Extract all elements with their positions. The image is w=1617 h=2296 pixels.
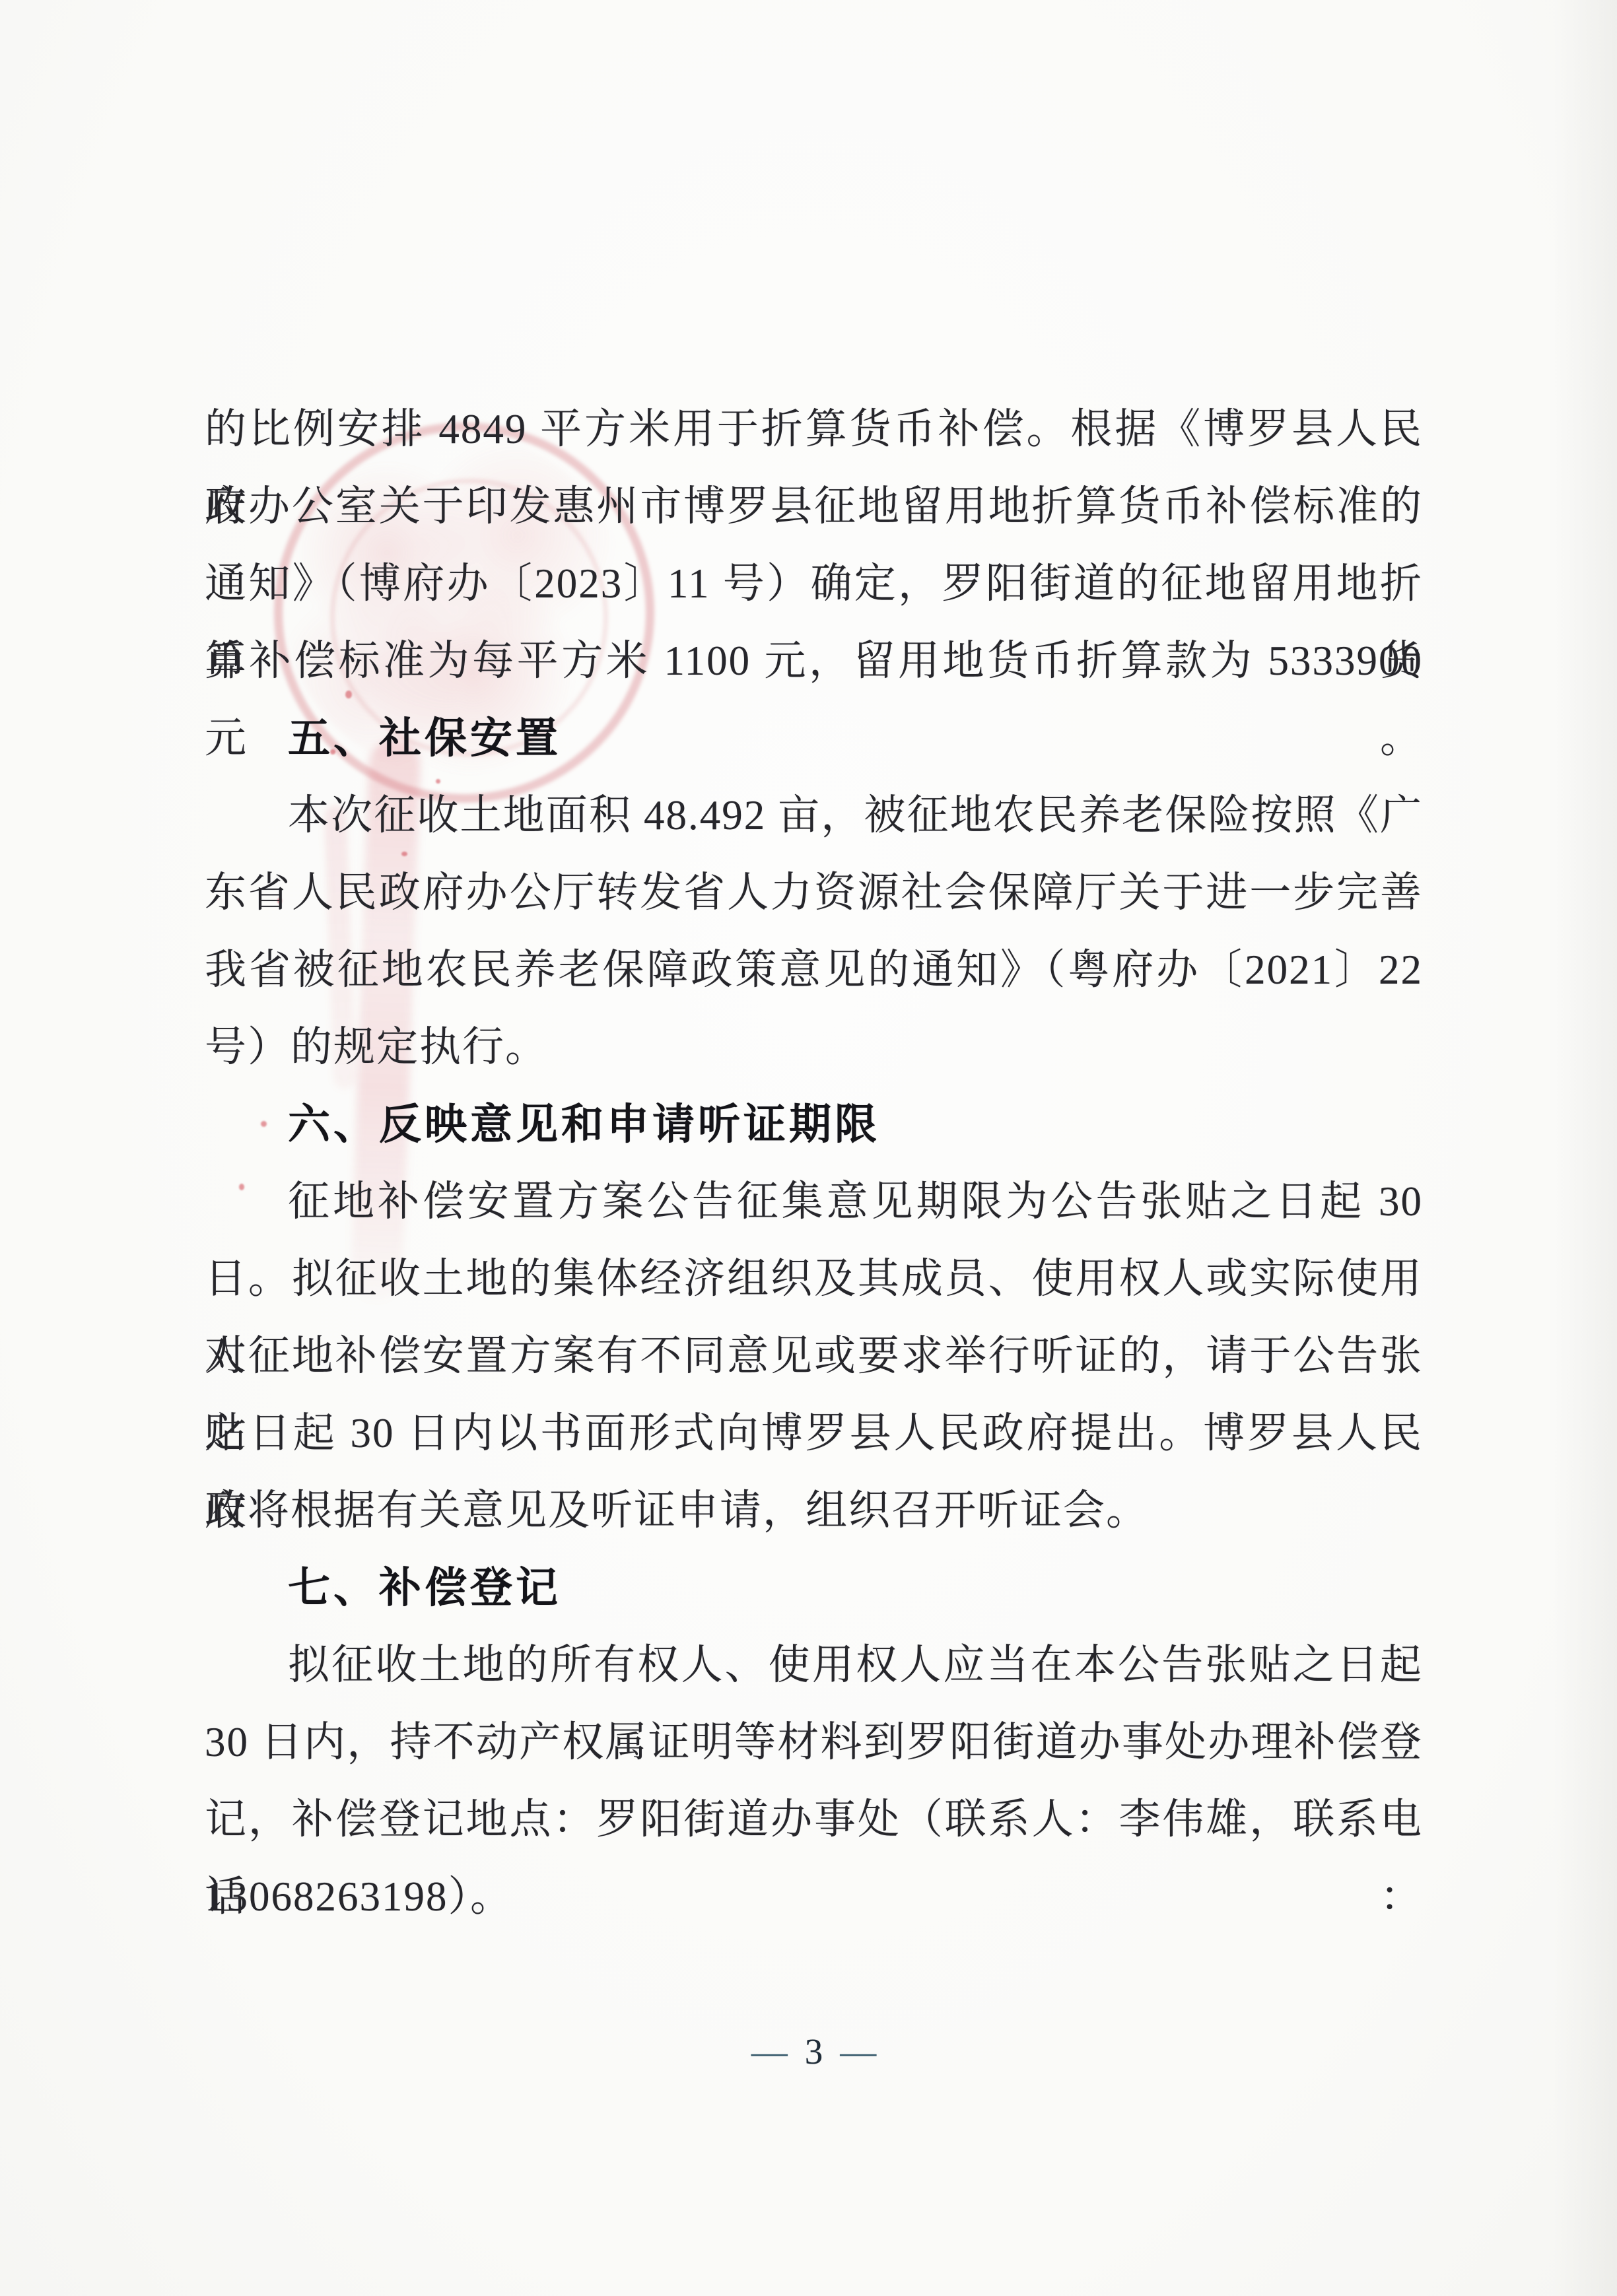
text-line: 东省人民政府办公厅转发省人力资源社会保障厅关于进一步完善: [205, 854, 1423, 931]
text-line: 征地补偿安置方案公告征集意见期限为公告张贴之日起 30: [205, 1163, 1423, 1240]
text-line: 通知》（博府办〔2023〕11 号）确定，罗阳街道的征地留用地折算货: [205, 545, 1423, 623]
text-line: 币补偿标准为每平方米 1100 元，留用地货币折算款为 5333900 元。: [205, 623, 1423, 700]
scanned-page: { "document": { "lines": [ {"text": "的比例…: [0, 0, 1617, 2296]
document-lines: 的比例安排 4849 平方米用于折算货币补偿。根据《博罗县人民政府办公室关于印发…: [205, 391, 1423, 1936]
text-line: 拟征收土地的所有权人、使用权人应当在本公告张贴之日起: [205, 1627, 1423, 1704]
page-number-value: 3: [805, 2031, 823, 2072]
section-header: 七、补偿登记: [205, 1549, 1423, 1627]
page-number-dash-right: —: [840, 2031, 876, 2072]
text-line: 本次征收土地面积 48.492 亩，被征地农民养老保险按照《广: [205, 777, 1423, 854]
text-line: 的比例安排 4849 平方米用于折算货币补偿。根据《博罗县人民政: [205, 391, 1423, 468]
text-line: 日。拟征收土地的集体经济组织及其成员、使用权人或实际使用人: [205, 1240, 1423, 1318]
page-number-dash-left: —: [751, 2031, 788, 2072]
text-line: 之日起 30 日内以书面形式向博罗县人民政府提出。博罗县人民政: [205, 1395, 1423, 1472]
text-line: 记，补偿登记地点：罗阳街道办事处（联系人：李伟雄，联系电话：: [205, 1781, 1423, 1858]
text-line: 号）的规定执行。: [205, 1009, 1423, 1086]
text-line: 对征地补偿安置方案有不同意见或要求举行听证的，请于公告张贴: [205, 1318, 1423, 1395]
page-number: —3—: [205, 2025, 1423, 2078]
section-header: 六、反映意见和申请听证期限: [205, 1086, 1423, 1163]
text-line: 30 日内，持不动产权属证明等材料到罗阳街道办事处办理补偿登: [205, 1704, 1423, 1781]
text-line: 我省被征地农民养老保障政策意见的通知》（粤府办〔2021〕22: [205, 931, 1423, 1009]
text-line: 府将根据有关意见及听证申请，组织召开听证会。: [205, 1472, 1423, 1549]
text-line: 府办公室关于印发惠州市博罗县征地留用地折算货币补偿标准的: [205, 468, 1423, 545]
